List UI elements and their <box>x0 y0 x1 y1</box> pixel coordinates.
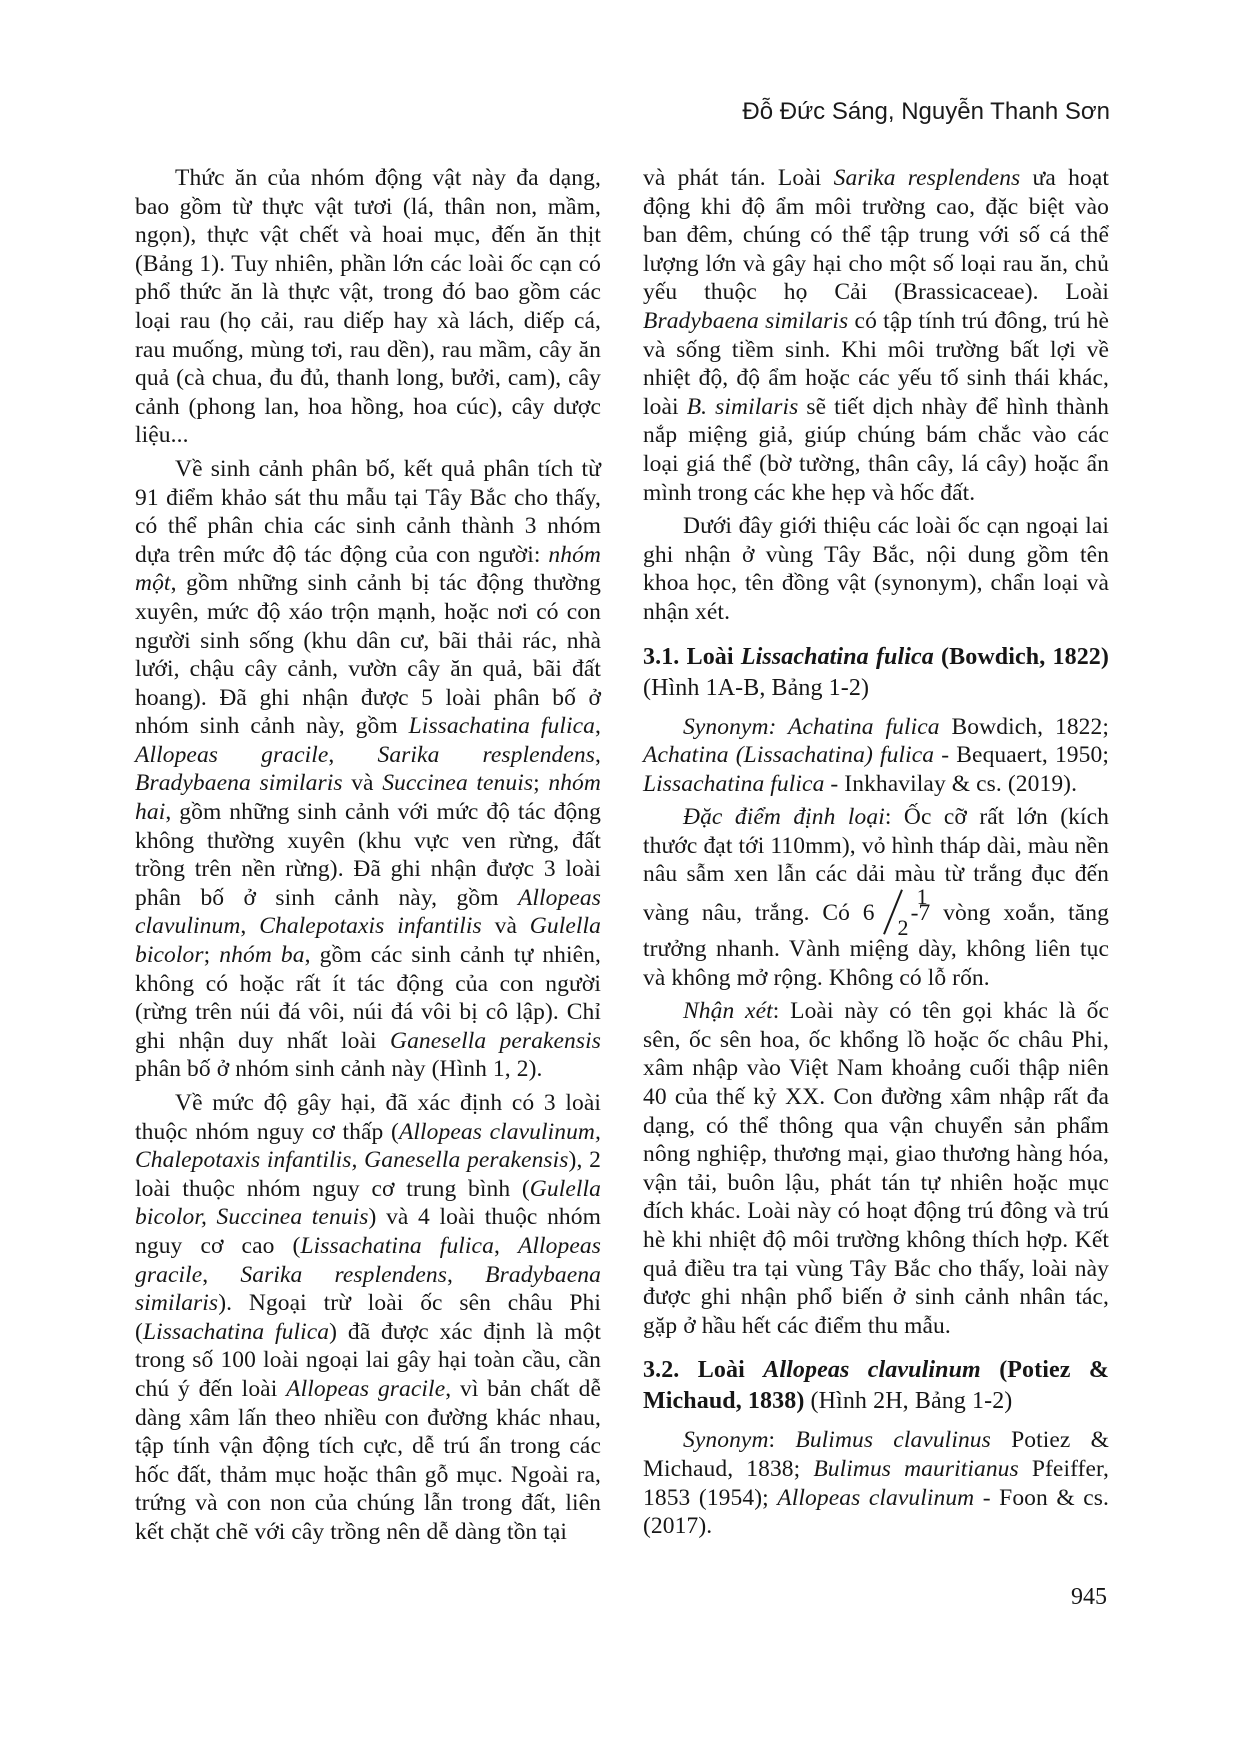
text-run: ; <box>204 942 220 968</box>
text-run: 3.1. Loài <box>643 644 741 670</box>
fraction-one-half: 12 <box>878 889 908 935</box>
text-run: , <box>595 713 601 739</box>
paragraph: Synonym: Bulimus clavulinus Potiez & Mic… <box>643 1426 1109 1540</box>
text-run: phân bố ở nhóm sinh cảnh này (Hình 1, 2)… <box>135 1056 542 1082</box>
paragraph: Thức ăn của nhóm động vật này đa dạng, b… <box>135 164 601 450</box>
text-run: - Inkhavilay & cs. (2019). <box>824 771 1077 797</box>
text-run: - Bequaert, 1950; <box>934 742 1109 768</box>
text-run: Đặc điểm định loại <box>683 804 885 830</box>
text-run: Lissachatina fulica <box>741 644 934 670</box>
text-run: Sarika resplendens <box>240 1262 447 1288</box>
text-run: Bradybaena similaris <box>135 770 343 796</box>
section-heading: 3.1. Loài Lissachatina fulica (Bowdich, … <box>643 642 1109 704</box>
text-run: Bulimus mauritianus <box>813 1456 1018 1482</box>
text-run: Bulimus clavulinus <box>795 1427 991 1453</box>
text-run: nhóm ba <box>219 942 304 968</box>
paragraph: và phát tán. Loài Sarika resplendens ưa … <box>643 164 1109 507</box>
text-run: và <box>482 913 530 939</box>
text-run: Ganesella perakensis <box>390 1028 601 1054</box>
text-run: Bradybaena similaris <box>643 308 848 334</box>
section-heading: 3.2. Loài Allopeas clavulinum (Potiez & … <box>643 1355 1109 1417</box>
text-run: (Bowdich, 1822) <box>934 644 1109 670</box>
text-run: , <box>328 742 377 768</box>
paragraph: Đặc điểm định loại: Ốc cỡ rất lớn (kích … <box>643 803 1109 992</box>
text-run: : <box>769 1427 796 1453</box>
text-run: Allopeas clavulinum <box>763 1357 981 1383</box>
text-run: và <box>343 770 383 796</box>
paragraph: Synonym: Achatina fulica Bowdich, 1822; … <box>643 713 1109 799</box>
text-run: (Hình 1A-B, Bảng 1-2) <box>643 675 869 701</box>
text-run: Achatina (Lissachatina) fulica <box>643 742 934 768</box>
paragraph: Nhận xét: Loài này có tên gọi khác là ốc… <box>643 997 1109 1340</box>
text-run: Allopeas clavulinum <box>777 1485 974 1511</box>
text-run: Lissachatina fulica <box>300 1233 494 1259</box>
text-run: Allopeas gracile <box>135 742 328 768</box>
text-run: Synonym <box>683 1427 769 1453</box>
text-run: Lissachatina fulica <box>143 1319 329 1345</box>
paper-page: Đỗ Đức Sáng, Nguyễn Thanh Sơn Thức ăn củ… <box>0 0 1240 1753</box>
text-run: : Loài này có tên gọi khác là ốc sên, ốc… <box>643 998 1109 1339</box>
text-run: ; <box>533 770 548 796</box>
text-run: Sarika resplendens <box>377 742 595 768</box>
two-column-body: Thức ăn của nhóm động vật này đa dạng, b… <box>135 164 1110 1552</box>
text-run: Chalepotaxis infantilis <box>259 913 482 939</box>
text-run: , <box>595 742 601 768</box>
text-run: , <box>494 1233 518 1259</box>
text-run: Sarika resplendens <box>834 165 1021 191</box>
text-run: Dưới đây giới thiệu các loài ốc cạn ngoạ… <box>643 513 1109 625</box>
text-run: Về sinh cảnh phân bố, kết quả phân tích … <box>135 456 601 568</box>
text-run: Nhận xét <box>683 998 773 1024</box>
text-run: 3.2. Loài <box>643 1357 763 1383</box>
text-run: và phát tán. Loài <box>643 165 834 191</box>
column-left: Thức ăn của nhóm động vật này đa dạng, b… <box>135 164 601 1552</box>
text-run: (Hình 2H, Bảng 1-2) <box>804 1388 1012 1414</box>
running-head-authors: Đỗ Đức Sáng, Nguyễn Thanh Sơn <box>742 98 1110 126</box>
page-number: 945 <box>1071 1584 1107 1611</box>
text-run: Thức ăn của nhóm động vật này đa dạng, b… <box>135 165 601 448</box>
text-run: Synonym: Achatina fulica <box>683 714 940 740</box>
text-run: Lissachatina fulica <box>643 771 824 797</box>
text-run: Succinea tenuis <box>382 770 533 796</box>
text-run: B. similaris <box>687 394 799 420</box>
text-run: Allopeas gracile <box>286 1376 445 1402</box>
text-run: Bowdich, 1822; <box>940 714 1109 740</box>
paragraph: Về sinh cảnh phân bố, kết quả phân tích … <box>135 455 601 1084</box>
column-right: và phát tán. Loài Sarika resplendens ưa … <box>643 164 1109 1552</box>
text-run: , <box>240 913 259 939</box>
paragraph: Về mức độ gây hại, đã xác định có 3 loài… <box>135 1089 601 1547</box>
text-run: Lissachatina fulica <box>409 713 595 739</box>
paragraph: Dưới đây giới thiệu các loài ốc cạn ngoạ… <box>643 512 1109 626</box>
text-run: , <box>202 1262 240 1288</box>
text-run: , <box>447 1262 485 1288</box>
